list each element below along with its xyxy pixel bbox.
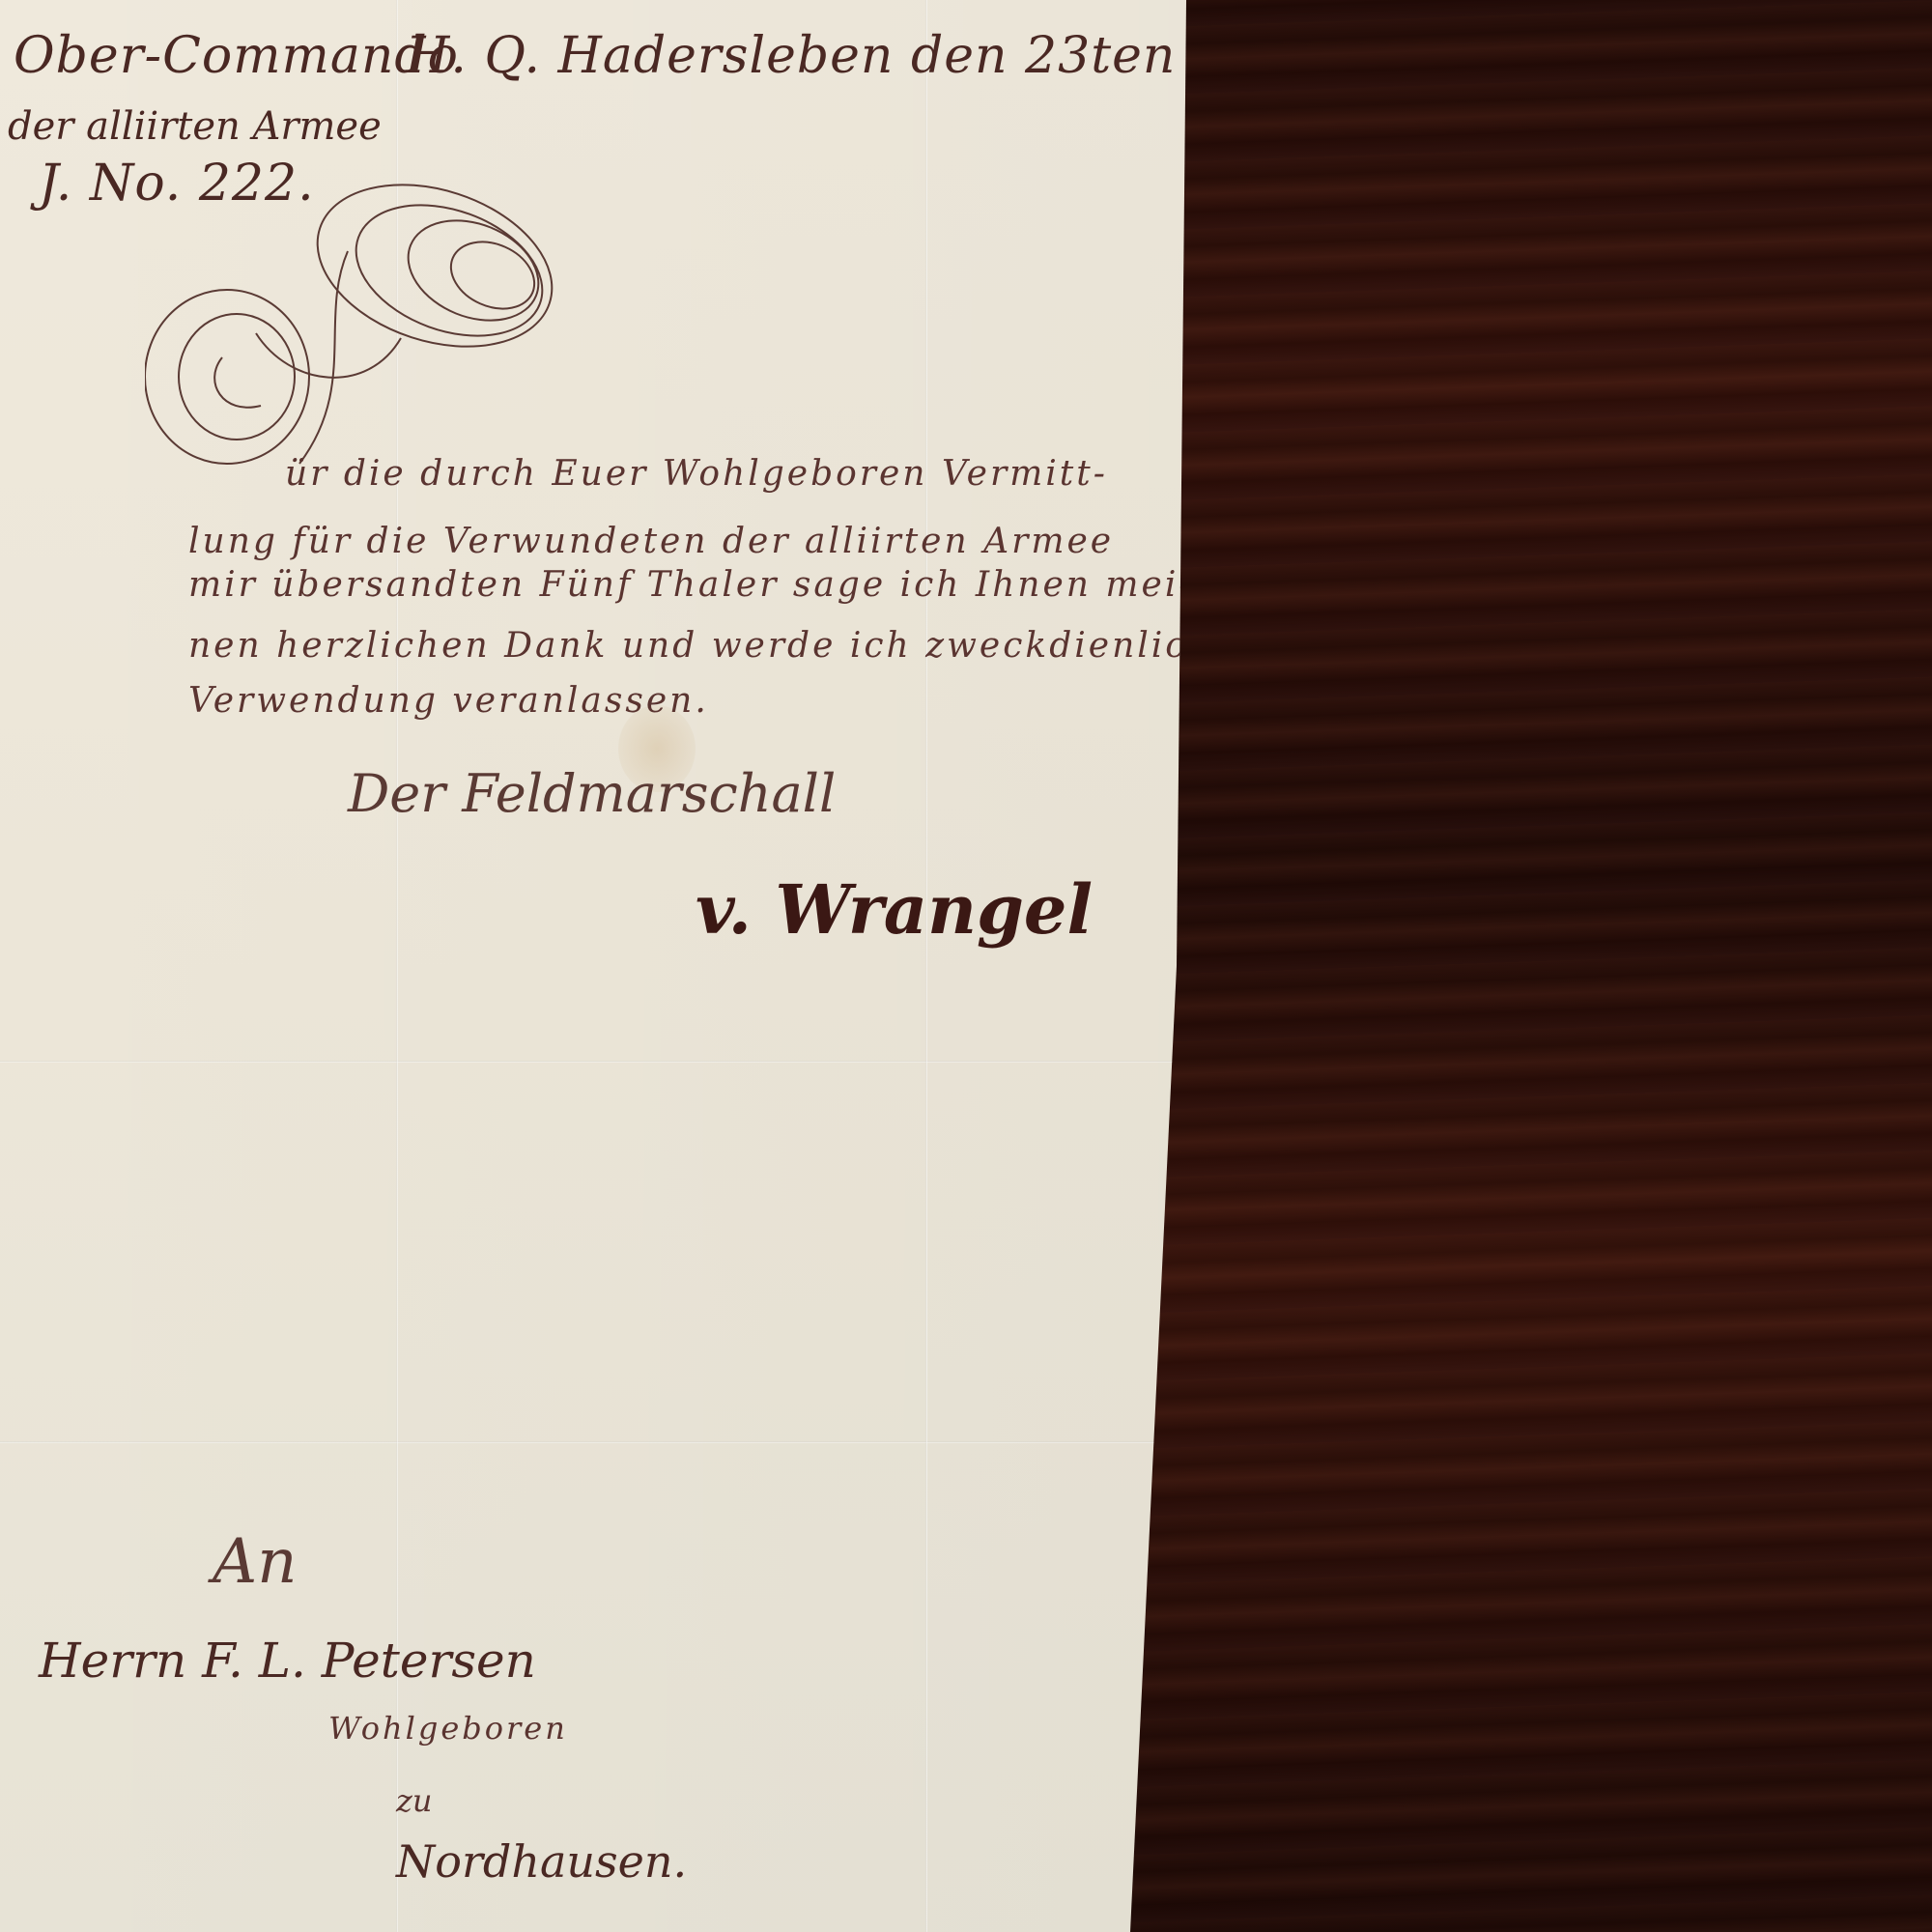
place-date: H. Q. Hadersleben den 23ten Februar 1864…	[406, 27, 1570, 85]
address-honorific: Wohlgeboren	[328, 1710, 568, 1747]
address-recipient: Herrn F. L. Petersen	[39, 1633, 536, 1689]
body-line-4: nen herzlichen Dank und werde ich zweckd…	[188, 626, 1236, 666]
body-line-5: Verwendung veranlassen.	[188, 681, 709, 721]
flourish-initial-icon	[145, 174, 580, 483]
body-line-1: ür die durch Euer Wohlgeboren Vermitt-	[285, 454, 1108, 494]
closing-title: Der Feldmarschall	[348, 763, 836, 824]
signature: v. Wrangel	[696, 869, 1093, 950]
fold-line-horizontal	[0, 1441, 1186, 1443]
address-zu: zu	[396, 1782, 432, 1819]
office-line-2: der alliirten Armee	[8, 104, 382, 149]
fold-line-horizontal	[0, 1061, 1186, 1063]
letter-paper: Ober-Commando H. Q. Hadersleben den 23te…	[0, 0, 1186, 1932]
address-city: Nordhausen.	[396, 1835, 687, 1888]
body-line-3: mir übersandten Fünf Thaler sage ich Ihn…	[188, 565, 1194, 605]
fold-line-vertical	[925, 0, 927, 1932]
body-line-2: lung für die Verwundeten der alliirten A…	[188, 522, 1114, 561]
wood-tabletop	[1186, 0, 1932, 1932]
address-an: An	[213, 1526, 297, 1598]
office-line-1: Ober-Commando	[14, 27, 459, 85]
